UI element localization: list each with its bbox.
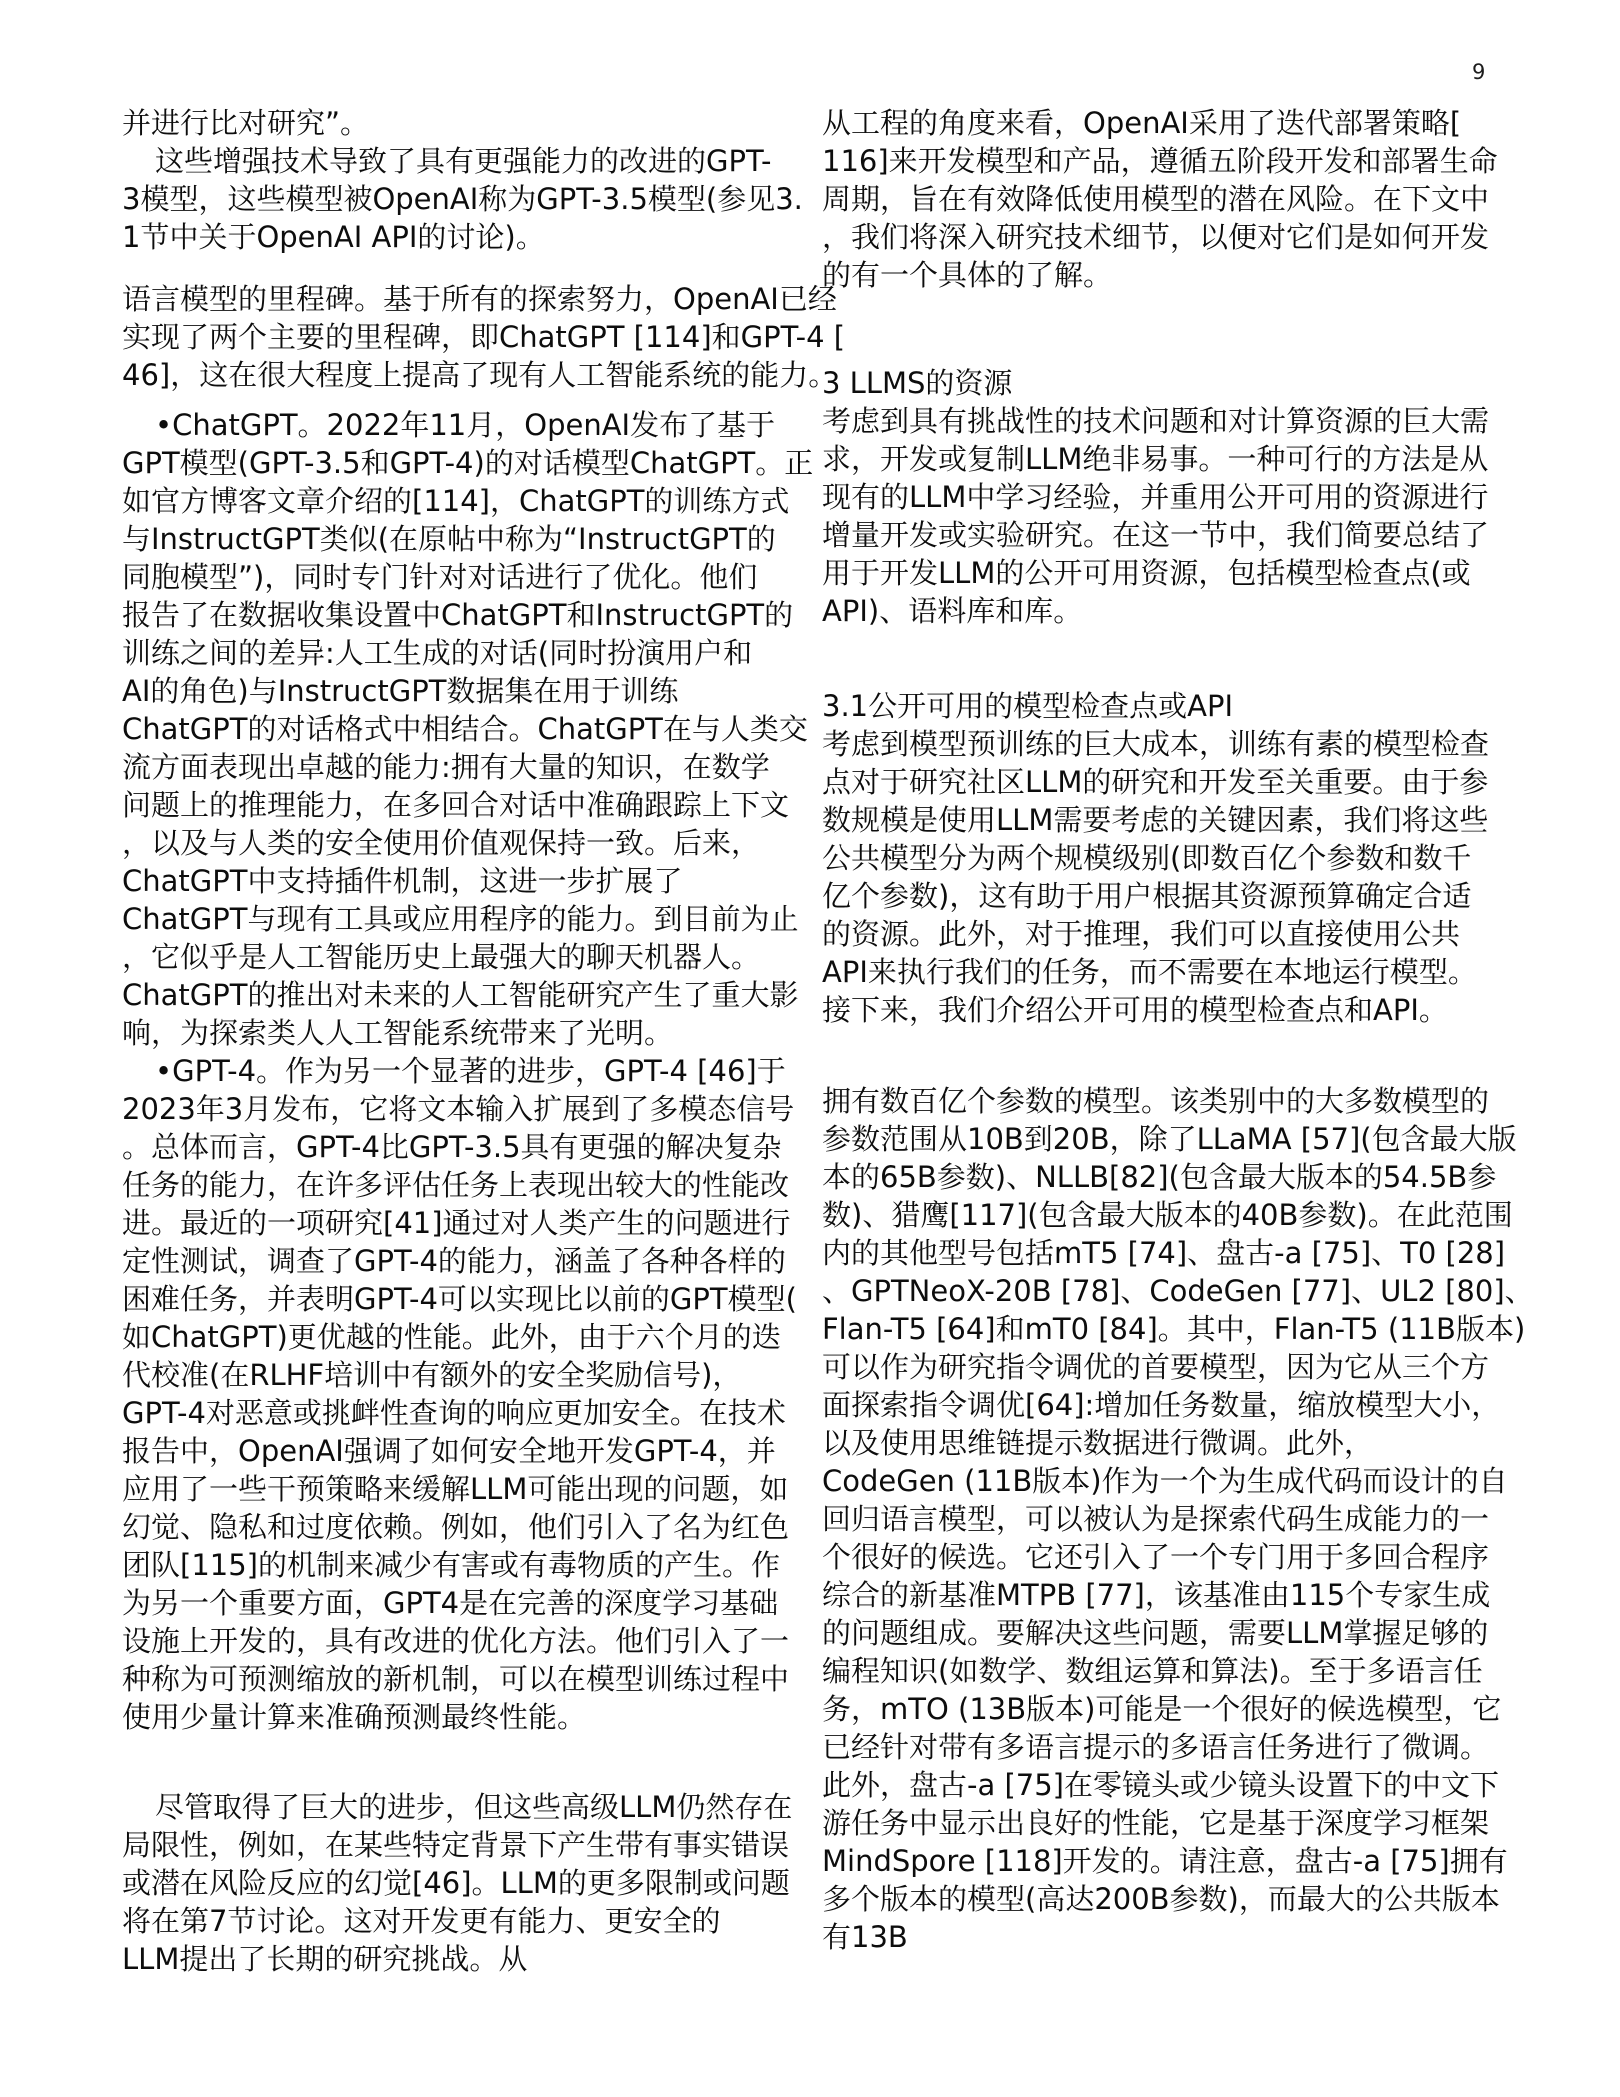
section-3-1-heading: 3.1公开可用的模型检查点或API (822, 687, 1542, 725)
section-3-1-body-paragraph: 考虑到模型预训练的巨大成本，训练有素的模型检查 点对于研究社区LLM的研究和开发… (822, 725, 1542, 1029)
limitations-paragraph: 尽管取得了巨大的进步，但这些高级LLM仍然存在 局限性，例如，在某些特定背景下产… (122, 1788, 822, 1978)
milestones-paragraph: 语言模型的里程碑。基于所有的探索努力，OpenAI已经 实现了两个主要的里程碑，… (122, 280, 822, 394)
gpt35-enhancement-paragraph: 这些增强技术导致了具有更强能力的改进的GPT- 3模型，这些模型被OpenAI称… (122, 142, 822, 256)
paper-page: 9 并进行比对研究”。 这些增强技术导致了具有更强能力的改进的GPT- 3模型，… (0, 0, 1620, 2097)
tens-of-billions-models-paragraph: 拥有数百亿个参数的模型。该类别中的大多数模型的 参数范围从10B到20B，除了L… (822, 1082, 1542, 1956)
gpt4-bullet-paragraph: •GPT-4。作为另一个显著的进步，GPT-4 [46]于 2023年3月发布，… (122, 1052, 822, 1736)
left-column: 并进行比对研究”。 这些增强技术导致了具有更强能力的改进的GPT- 3模型，这些… (122, 104, 822, 1978)
page-number: 9 (1472, 60, 1485, 84)
section-3-heading: 3 LLMS的资源 (822, 364, 1542, 402)
continuation-paragraph: 并进行比对研究”。 (122, 104, 822, 142)
right-column: 从工程的角度来看，OpenAI采用了迭代部署策略[ 116]来开发模型和产品，遵… (822, 104, 1542, 1956)
chatgpt-bullet-paragraph: •ChatGPT。2022年11月，OpenAI发布了基于 GPT模型(GPT-… (122, 406, 822, 1052)
section-3-body-paragraph: 考虑到具有挑战性的技术问题和对计算资源的巨大需 求，开发或复制LLM绝非易事。一… (822, 402, 1542, 630)
engineering-deployment-paragraph: 从工程的角度来看，OpenAI采用了迭代部署策略[ 116]来开发模型和产品，遵… (822, 104, 1542, 294)
